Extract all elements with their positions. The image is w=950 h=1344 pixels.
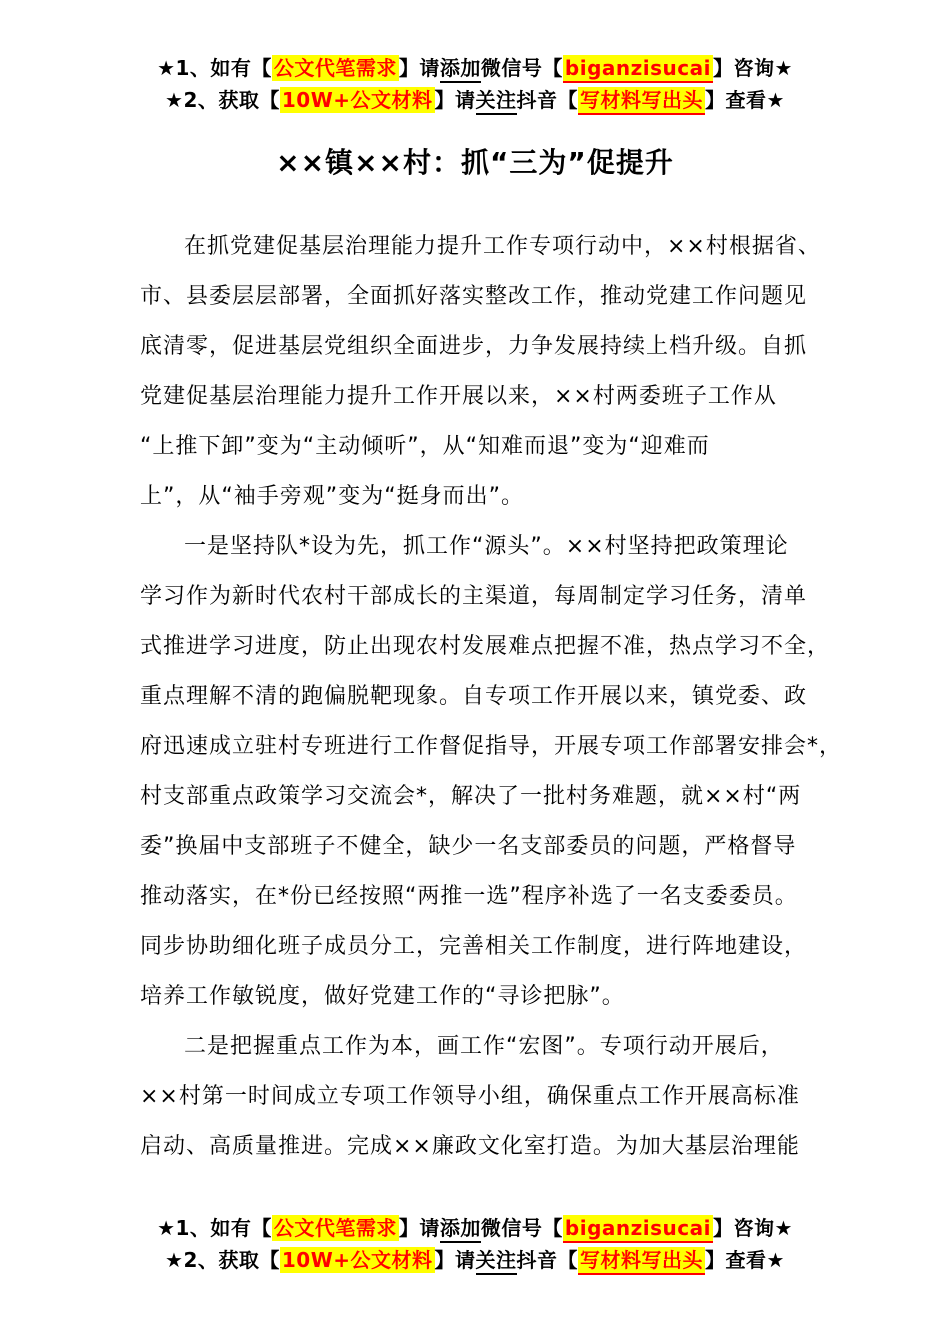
promo-highlight: 公文代笔需求	[272, 1215, 399, 1241]
body-line: 学习作为新时代农村干部成长的主渠道，每周制定学习任务，清单	[140, 572, 812, 622]
promo-underlined-text: 关注	[476, 88, 517, 115]
promo-text: ★1、如有【	[157, 56, 272, 80]
promo-text: 】请	[399, 1216, 440, 1240]
promo-text: 微信号【	[481, 56, 563, 80]
document-title: ××镇××村：抓“三为”促提升	[0, 142, 950, 184]
body-line: 市、县委层层部署，全面抓好落实整改工作，推动党建工作问题见	[140, 272, 812, 322]
promo-text: 】请	[435, 88, 476, 112]
body-line: 式推进学习进度，防止出现农村发展难点把握不准，热点学习不全，	[140, 622, 812, 672]
body-line: 启动、高质量推进。完成××廉政文化室打造。为加大基层治理能	[140, 1122, 812, 1172]
promo-highlight: 10W+公文材料	[280, 87, 435, 113]
promo-text: 】咨询★	[713, 1216, 793, 1240]
body-line: 重点理解不清的跑偏脱靶现象。自专项工作开展以来，镇党委、政	[140, 672, 812, 722]
promo-text: 】请	[435, 1248, 476, 1272]
body-line: 推动落实，在*份已经按照“两推一选”程序补选了一名支委委员。	[140, 872, 812, 922]
header-promo-line-1: ★1、如有【公文代笔需求】请添加微信号【biganzisucai】咨询★	[0, 52, 950, 84]
body-line: 府迅速成立驻村专班进行工作督促指导，开展专项工作部署安排会*，	[140, 722, 812, 772]
promo-highlight: 公文代笔需求	[272, 55, 399, 81]
document-page: ★1、如有【公文代笔需求】请添加微信号【biganzisucai】咨询★ ★2、…	[0, 0, 950, 1344]
promo-text: ★2、获取【	[165, 88, 280, 112]
body-line: 委”换届中支部班子不健全，缺少一名支部委员的问题，严格督导	[140, 822, 812, 872]
promo-text: 抖音【	[517, 1248, 579, 1272]
promo-douyin-id: 写材料写出头	[578, 1247, 705, 1275]
promo-text: ★1、如有【	[157, 1216, 272, 1240]
body-line: 二是把握重点工作为本，画工作“宏图”。专项行动开展后，	[140, 1022, 812, 1072]
promo-highlight: 10W+公文材料	[280, 1247, 435, 1273]
body-line: 上”，从“袖手旁观”变为“挺身而出”。	[140, 472, 812, 522]
promo-text: 】查看★	[705, 88, 785, 112]
body-line: “上推下卸”变为“主动倾听”，从“知难而退”变为“迎难而	[140, 422, 812, 472]
promo-underlined-text: 关注	[476, 1248, 517, 1275]
promo-wechat-id: biganzisucai	[563, 1215, 713, 1243]
promo-wechat-id: biganzisucai	[563, 55, 713, 83]
body-line: 培养工作敏锐度，做好党建工作的“寻诊把脉”。	[140, 972, 812, 1022]
promo-text: 抖音【	[517, 88, 579, 112]
promo-underlined-text: 添加	[440, 1216, 481, 1243]
header-promo: ★1、如有【公文代笔需求】请添加微信号【biganzisucai】咨询★ ★2、…	[0, 0, 950, 116]
header-promo-line-2: ★2、获取【10W+公文材料】请关注抖音【写材料写出头】查看★	[0, 84, 950, 116]
promo-text: 】查看★	[705, 1248, 785, 1272]
body-line: 一是坚持队*设为先，抓工作“源头”。××村坚持把政策理论	[140, 522, 812, 572]
footer-promo: ★1、如有【公文代笔需求】请添加微信号【biganzisucai】咨询★ ★2、…	[0, 1212, 950, 1276]
body-line: 底清零，促进基层党组织全面进步，力争发展持续上档升级。自抓	[140, 322, 812, 372]
document-body: 在抓党建促基层治理能力提升工作专项行动中，××村根据省、市、县委层层部署，全面抓…	[0, 222, 950, 1172]
promo-text: 微信号【	[481, 1216, 563, 1240]
promo-text: 】请	[399, 56, 440, 80]
body-line: 党建促基层治理能力提升工作开展以来，××村两委班子工作从	[140, 372, 812, 422]
body-line: 同步协助细化班子成员分工，完善相关工作制度，进行阵地建设，	[140, 922, 812, 972]
body-line: ××村第一时间成立专项工作领导小组，确保重点工作开展高标准	[140, 1072, 812, 1122]
body-line: 在抓党建促基层治理能力提升工作专项行动中，××村根据省、	[140, 222, 812, 272]
footer-promo-line-1: ★1、如有【公文代笔需求】请添加微信号【biganzisucai】咨询★	[0, 1212, 950, 1244]
promo-douyin-id: 写材料写出头	[578, 87, 705, 115]
promo-text: ★2、获取【	[165, 1248, 280, 1272]
footer-promo-line-2: ★2、获取【10W+公文材料】请关注抖音【写材料写出头】查看★	[0, 1244, 950, 1276]
promo-underlined-text: 添加	[440, 56, 481, 83]
promo-text: 】咨询★	[713, 56, 793, 80]
body-line: 村支部重点政策学习交流会*，解决了一批村务难题，就××村“两	[140, 772, 812, 822]
